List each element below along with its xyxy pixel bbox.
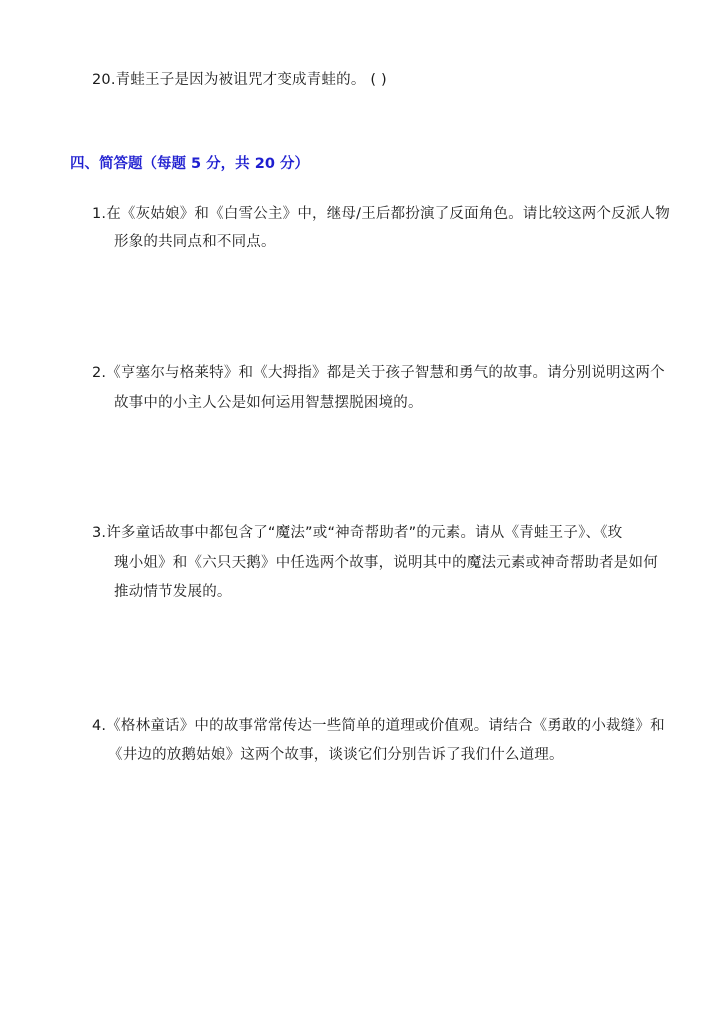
question-2-line-2: 故事中的小主人公是如何运用智慧摆脱困境的。 bbox=[114, 393, 423, 413]
question-4-line-2: 《井边的放鹅姑娘》这两个故事，谈谈它们分别告诉了我们什么道理。 bbox=[108, 745, 564, 765]
question-3-line-3: 推动情节发展的。 bbox=[114, 582, 232, 602]
question-4-line-1: 4.《格林童话》中的故事常常传达一些简单的道理或价值观。请结合《勇敢的小裁缝》和 bbox=[92, 716, 665, 736]
true-false-item-20: 20.青蛙王子是因为被诅咒才变成青蛙的。 ( ) bbox=[92, 70, 387, 90]
exam-page: 20.青蛙王子是因为被诅咒才变成青蛙的。 ( ) 四、简答题（每题 5 分，共 … bbox=[0, 0, 724, 1024]
question-2-line-1: 2.《亨塞尔与格莱特》和《大拇指》都是关于孩子智慧和勇气的故事。请分别说明这两个 bbox=[92, 363, 665, 383]
question-3-line-1: 3.许多童话故事中都包含了“魔法”或“神奇帮助者”的元素。请从《青蛙王子》、《玫 bbox=[92, 523, 622, 543]
section-heading-short-answer: 四、简答题（每题 5 分，共 20 分） bbox=[70, 154, 309, 174]
question-1-line-2: 形象的共同点和不同点。 bbox=[114, 232, 276, 252]
question-1-line-1: 1.在《灰姑娘》和《白雪公主》中，继母/王后都扮演了反面角色。请比较这两个反派人… bbox=[92, 204, 670, 224]
question-3-line-2: 瑰小姐》和《六只天鹅》中任选两个故事，说明其中的魔法元素或神奇帮助者是如何 bbox=[114, 553, 658, 573]
